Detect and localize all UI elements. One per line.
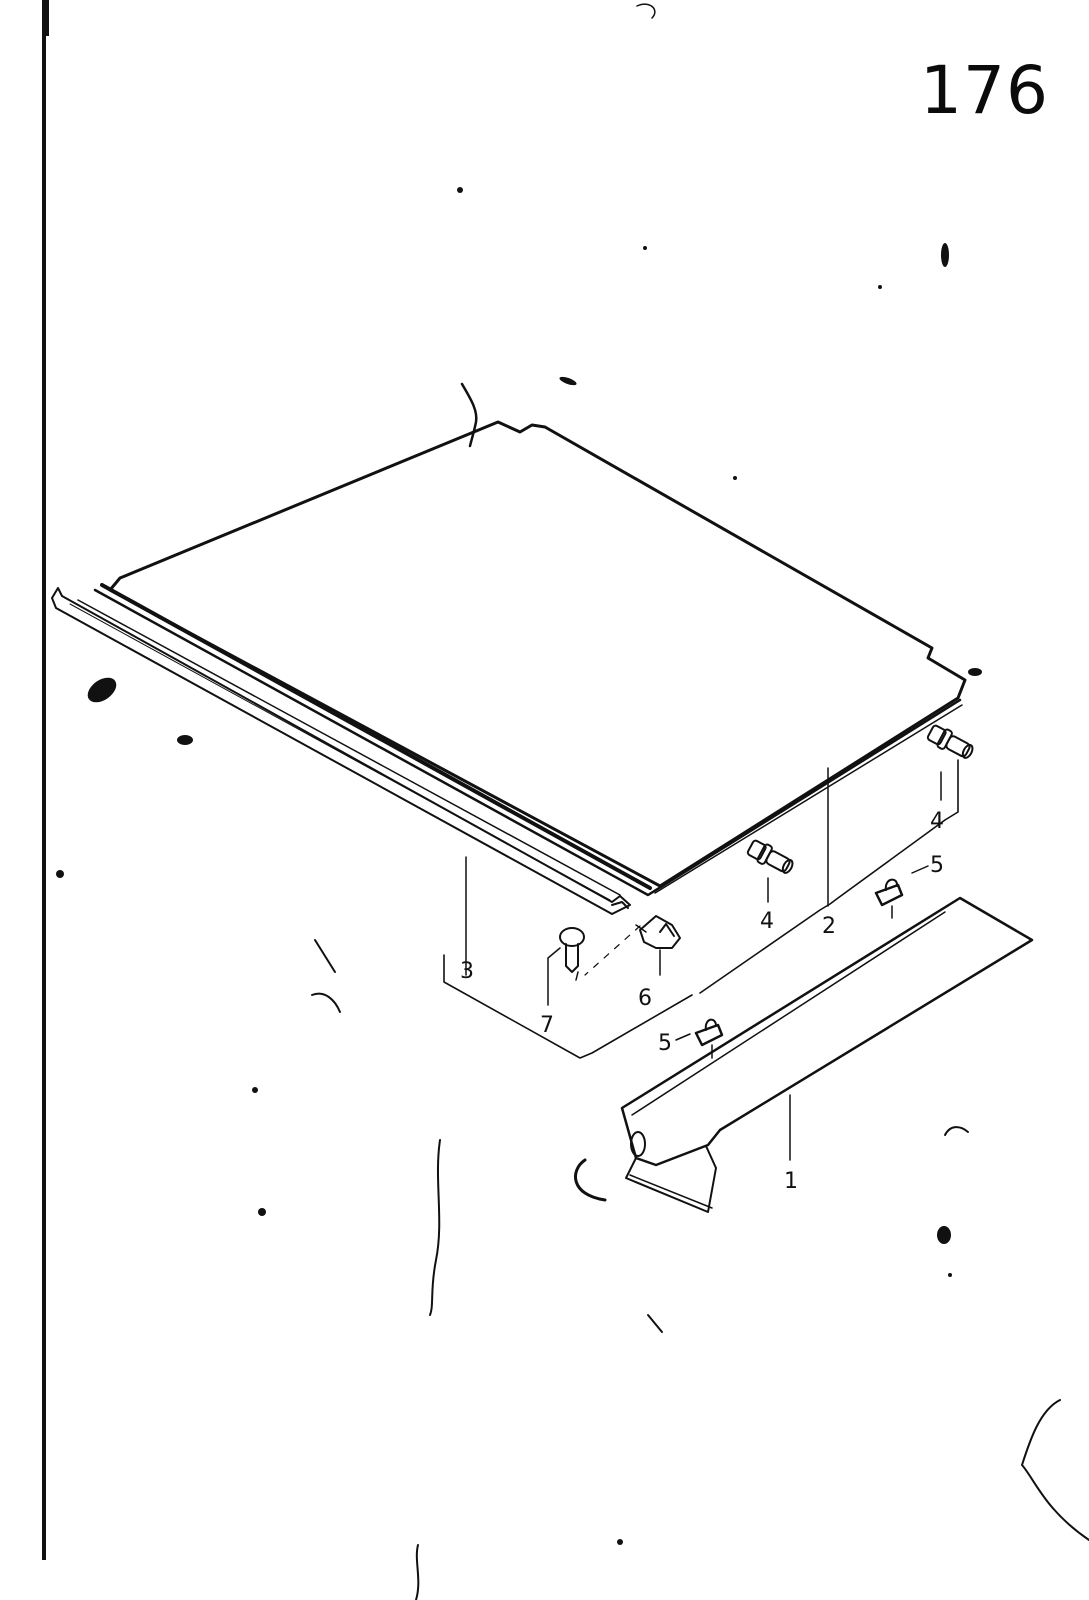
retaining-clip-part-6 [585,916,680,975]
callout-5b: 5 [930,853,944,878]
callout-4a: 4 [760,909,774,934]
edge-strip-part-3 [52,588,630,914]
callout-5a: 5 [658,1031,672,1056]
callout-7: 7 [540,1013,554,1038]
spring-clip-part-5b [876,866,928,918]
stud-pin-part-4b [926,723,976,800]
exploded-parts-diagram: 1 2 3 4 4 5 5 6 7 [0,0,1089,1600]
trim-rail-part-1 [622,898,1032,1212]
callout-3: 3 [460,959,474,984]
scan-artifacts [56,4,1089,1600]
panel-part-2 [95,384,965,895]
callout-2: 2 [822,914,836,939]
push-rivet-part-7 [548,928,584,1005]
callout-4b: 4 [930,809,944,834]
callout-6: 6 [638,986,652,1011]
callout-1: 1 [784,1169,798,1194]
spring-clip-part-5a [676,1020,722,1058]
assembly-group-bracket [444,760,958,1058]
stud-pin-part-4a [746,838,796,902]
